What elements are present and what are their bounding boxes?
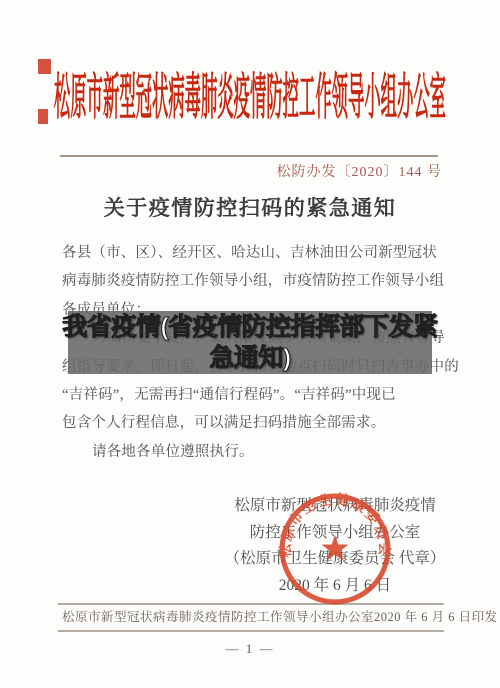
official-seal-stamp: 松原市卫生健康委员会: [276, 490, 394, 608]
page-number: — 1 —: [0, 641, 500, 657]
agency-banner: 松原市新型冠状病毒肺炎疫情防控工作领导小组办公室: [0, 56, 500, 136]
document-number: 松防办发〔2020〕144 号: [277, 161, 443, 181]
agency-banner-text: 松原市新型冠状病毒肺炎疫情防控工作领导小组办公室: [54, 69, 446, 125]
footer-print-date: 2020 年 6 月 6 日印发: [374, 607, 498, 625]
footer-imprint: 松原市新型冠状病毒肺炎疫情防控工作领导小组办公室 2020 年 6 月 6 日印…: [62, 607, 442, 625]
body-line: 各县（市、区）、经开区、哈达山、吉林油田公司新型冠状: [62, 239, 442, 267]
body-line: 病毒肺炎疫情防控工作领导小组，市疫情防控工作领导小组: [62, 267, 442, 295]
body-line: 请各地各单位遵照执行。: [62, 438, 442, 466]
document-page: 松原市新型冠状病毒肺炎疫情防控工作领导小组办公室 松防办发〔2020〕144 号…: [0, 0, 500, 688]
seal-star-icon: [321, 535, 348, 561]
caption-line-2: 急通知): [209, 343, 290, 374]
document-title: 关于疫情防控扫码的紧急通知: [0, 192, 500, 222]
body-line: “吉祥码”，无需再扫“通信行程码”。“吉祥码”中现已: [62, 381, 442, 409]
caption-line-1: 我省疫情(省疫情防控指挥部下发紧: [62, 312, 437, 343]
header-divider-line: [60, 155, 438, 157]
footer-divider-bottom: [58, 630, 444, 632]
body-line: 包含个人行程信息，可以满足扫码措施全部需求。: [62, 409, 442, 437]
news-caption-overlay: 我省疫情(省疫情防控指挥部下发紧 急通知): [68, 311, 432, 374]
footer-imprint-agency: 松原市新型冠状病毒肺炎疫情防控工作领导小组办公室: [62, 607, 374, 625]
